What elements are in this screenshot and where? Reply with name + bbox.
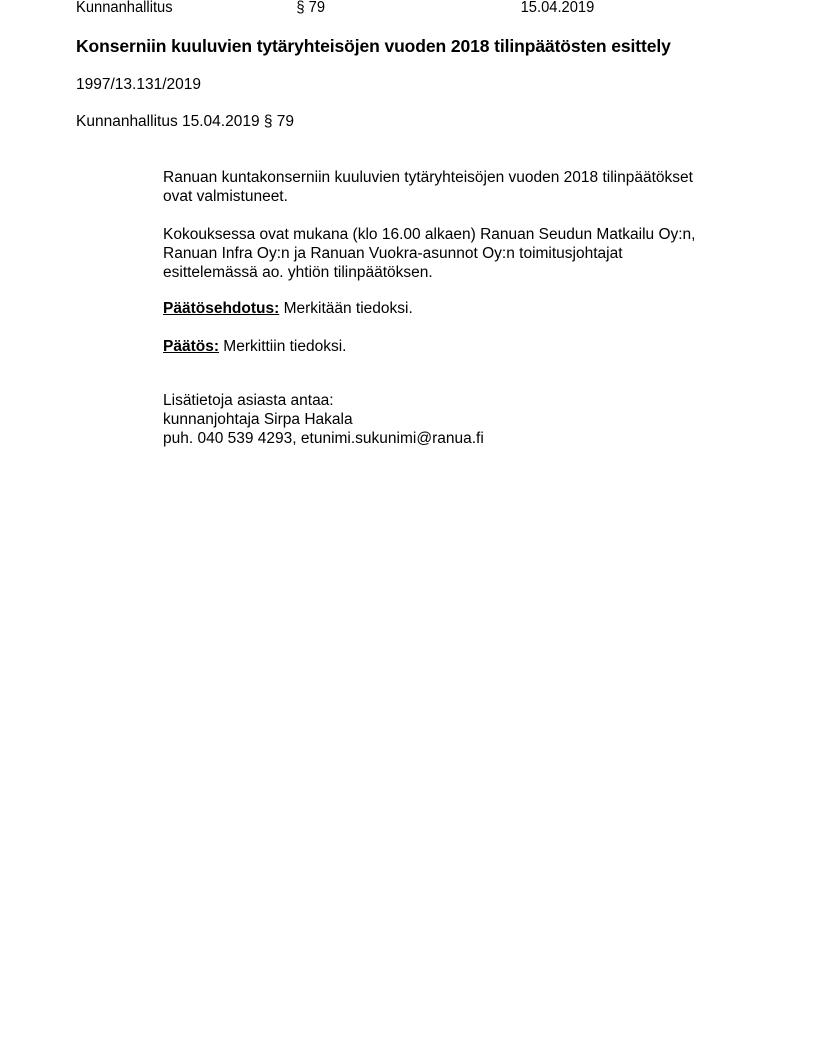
decision-text: Merkittiin tiedoksi. (219, 338, 346, 355)
attendance-line: Ranuan Infra Oy:n ja Ranuan Vuokra-asunn… (163, 244, 733, 263)
contact-person: kunnanjohtaja Sirpa Hakala (163, 410, 733, 429)
header-section-number: § 79 (296, 0, 325, 17)
proposal-paragraph: Päätösehdotus: Merkitään tiedoksi. (163, 299, 733, 318)
intro-line: Ranuan kuntakonserniin kuuluvien tytäryh… (163, 168, 733, 187)
attendance-line: Kokouksessa ovat mukana (klo 16.00 alkae… (163, 225, 733, 244)
document-header: Kunnanhallitus § 79 15.04.2019 (0, 0, 775, 20)
diary-number: 1997/13.131/2019 (76, 76, 201, 94)
decision-paragraph: Päätös: Merkittiin tiedoksi. (163, 337, 733, 356)
decision-label: Päätös: (163, 338, 219, 355)
intro-line: ovat valmistuneet. (163, 187, 733, 206)
contact-info: Lisätietoja asiasta antaa: kunnanjohtaja… (163, 391, 733, 448)
header-date: 15.04.2019 (521, 0, 595, 17)
intro-paragraph: Ranuan kuntakonserniin kuuluvien tytäryh… (163, 168, 733, 206)
attendance-line: esittelemässä ao. yhtiön tilinpäätöksen. (163, 263, 733, 282)
contact-details: puh. 040 539 4293, etunimi.sukunimi@ranu… (163, 429, 733, 448)
meeting-reference: Kunnanhallitus 15.04.2019 § 79 (76, 113, 294, 131)
header-body-name: Kunnanhallitus (76, 0, 173, 17)
contact-heading: Lisätietoja asiasta antaa: (163, 391, 733, 410)
document-title: Konserniin kuuluvien tytäryhteisöjen vuo… (76, 36, 671, 57)
attendance-paragraph: Kokouksessa ovat mukana (klo 16.00 alkae… (163, 225, 733, 282)
proposal-label: Päätösehdotus: (163, 300, 279, 317)
proposal-text: Merkitään tiedoksi. (279, 300, 413, 317)
